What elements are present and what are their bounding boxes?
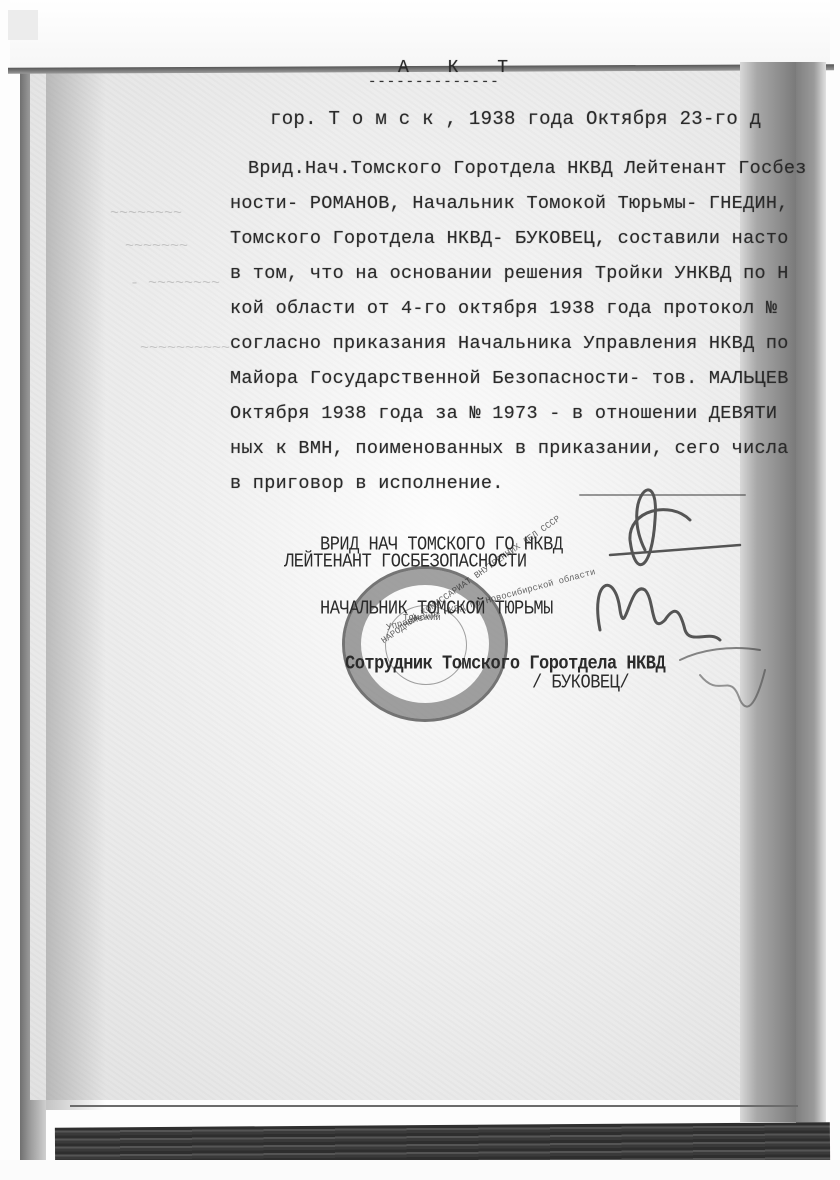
signatory-title-2: НАЧАЛЬНИК ТОМСКОЙ ТЮРЬМЫ — [320, 599, 553, 621]
bleed-through-text: ~~~~~~~ — [125, 238, 188, 255]
page-edge-bottom — [70, 1105, 798, 1107]
body-line: ных к ВМН, поименованных в приказании, с… — [230, 438, 789, 459]
handwritten-signatures — [560, 460, 800, 760]
page-shadow-left — [46, 70, 106, 1110]
body-line: Октября 1938 года за № 1973 - в отношени… — [230, 403, 777, 424]
bleed-through-text: ~~~~~~~~~~ — [140, 340, 230, 357]
body-line: Томского Горотдела НКВД- БУКОВЕЦ, состав… — [230, 228, 789, 249]
bleed-through-text: - ~~~~~~~~ — [130, 275, 220, 292]
place-and-date: гор. Т о м с к , 1938 года Октября 23-го… — [270, 108, 761, 130]
official-seal: НАРОДНЫЙ КОМИССАРИАТ ВНУТРЕННИХ ДЕЛ СССР… — [342, 566, 508, 722]
scan-corner-mark — [8, 10, 38, 40]
scan-background-bottom — [0, 1160, 840, 1180]
body-line: согласно приказания Начальника Управлени… — [230, 333, 789, 354]
body-line: ности- РОМАНОВ, Начальник Томокой Тюрьмы… — [230, 193, 789, 214]
body-line: в приговор в исполнение. — [230, 473, 504, 494]
body-line: кой области от 4-го октября 1938 года пр… — [230, 298, 777, 319]
book-edge-right — [796, 62, 826, 1152]
body-line: Майора Государственной Безопасности- тов… — [230, 368, 789, 389]
body-line: Врид.Нач.Томского Горотдела НКВД Лейтена… — [248, 158, 807, 179]
signatory-rank-1: ЛЕЙТЕНАНТ ГОСБЕЗОПАСНОСТИ — [284, 552, 527, 574]
title-underline: -------------- — [368, 74, 500, 90]
body-line: в том, что на основании решения Тройки У… — [230, 263, 789, 284]
bleed-through-text: ~~~~~~~~ — [110, 205, 182, 222]
